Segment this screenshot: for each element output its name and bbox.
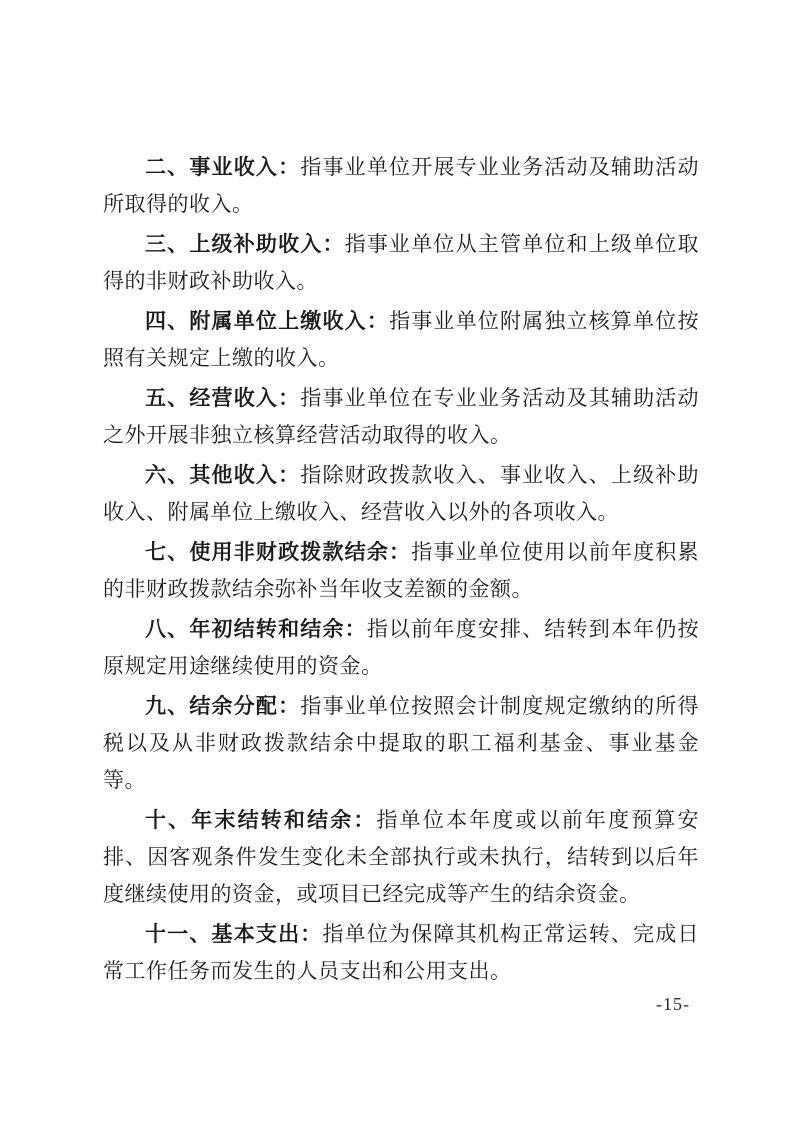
definition-paragraph: 七、使用非财政拨款结余：指事业单位使用以前年度积累的非财政拨款结余弥补当年收支差… [103,534,699,608]
term-heading: 十、年末结转和结余： [145,808,377,832]
definition-paragraph: 六、其他收入：指除财政拨款收入、事业收入、上级补助收入、附属单位上缴收入、经营收… [103,457,699,531]
document-page: 二、事业收入：指事业单位开展专业业务活动及辅助活动所取得的收入。 三、上级补助收… [0,0,793,1122]
term-heading: 二、事业收入： [145,155,300,179]
term-heading: 八、年初结转和结余： [145,617,367,641]
definition-paragraph: 十一、基本支出：指单位为保障其机构正常运转、完成日常工作任务而发生的人员支出和公… [103,916,699,990]
definition-paragraph: 三、上级补助收入：指事业单位从主管单位和上级单位取得的非财政补助收入。 [103,226,699,300]
term-heading: 十一、基本支出： [145,922,323,946]
page-number: -15- [656,994,690,1014]
term-heading: 四、附属单位上缴收入： [145,309,389,333]
definition-paragraph: 十、年末结转和结余：指单位本年度或以前年度预算安排、因客观条件发生变化未全部执行… [103,802,699,913]
term-heading: 六、其他收入： [145,463,300,487]
term-heading: 三、上级补助收入： [145,232,345,256]
document-body: 二、事业收入：指事业单位开展专业业务活动及辅助活动所取得的收入。 三、上级补助收… [103,146,699,993]
definition-paragraph: 四、附属单位上缴收入：指事业单位附属独立核算单位按照有关规定上缴的收入。 [103,303,699,377]
definition-paragraph: 八、年初结转和结余：指以前年度安排、结转到本年仍按原规定用途继续使用的资金。 [103,611,699,685]
term-heading: 九、结余分配： [145,694,300,718]
definition-paragraph: 二、事业收入：指事业单位开展专业业务活动及辅助活动所取得的收入。 [103,149,699,223]
term-heading: 七、使用非财政拨款结余： [145,540,411,564]
definition-paragraph: 九、结余分配：指事业单位按照会计制度规定缴纳的所得税以及从非财政拨款结余中提取的… [103,688,699,799]
term-heading: 五、经营收入： [145,386,300,410]
definition-paragraph: 五、经营收入：指事业单位在专业业务活动及其辅助活动之外开展非独立核算经营活动取得… [103,380,699,454]
